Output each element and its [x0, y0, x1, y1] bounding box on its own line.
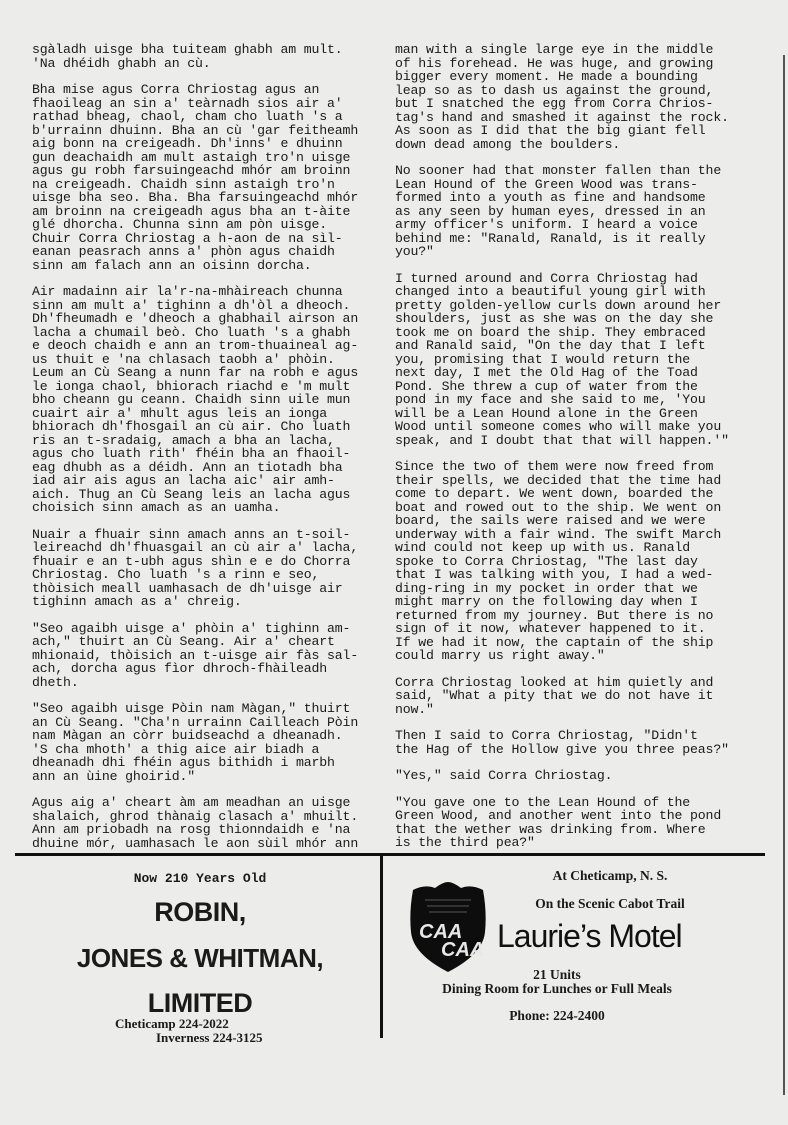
- text-line: 'S cha mhoth' a thig aice air biadh a: [32, 743, 377, 757]
- text-line: gun deachaidh am mult astaigh tro'n uisg…: [32, 151, 377, 165]
- text-line: leireachd dh'fhuasgail an cù air a' lach…: [32, 541, 377, 555]
- text-line: changed into a beautiful young girl with: [395, 285, 745, 299]
- text-line: Agus aig a' cheart àm am meadhan an uisg…: [32, 796, 377, 810]
- text-line: sgàladh uisge bha tuiteam ghabh am mult.: [32, 43, 377, 57]
- text-line: and Ranald said, "On the day that I left: [395, 339, 745, 353]
- paragraph: Agus aig a' cheart àm am meadhan an uisg…: [32, 796, 377, 850]
- text-line: b'urrainn dhuinn. Bha an cù 'gar feithea…: [32, 124, 377, 138]
- text-line: "Yes," said Corra Chriostag.: [395, 769, 745, 783]
- text-line: us thuit e 'na chlasach taobh a' phòin.: [32, 353, 377, 367]
- text-line: sinn am falach ann an oisinn dorcha.: [32, 259, 377, 273]
- text-line: bigger every moment. He made a bounding: [395, 70, 745, 84]
- text-line: formed into a youth as fine and handsome: [395, 191, 745, 205]
- text-line: "Seo agaibh uisge a' phòin a' tighinn am…: [32, 622, 377, 636]
- text-line: leap so as to dash us against the ground…: [395, 84, 745, 98]
- text-line: their spells, we decided that the time h…: [395, 474, 745, 488]
- text-line: I turned around and Corra Chriostag had: [395, 272, 745, 286]
- text-line: tighinn amach as a' chreig.: [32, 595, 377, 609]
- text-line: nam Màgan an còrr buidseachd a dheanadh.: [32, 729, 377, 743]
- text-line: ding-ring in my pocket in order that we: [395, 582, 745, 596]
- text-line: come to depart. We went down, boarded th…: [395, 487, 745, 501]
- phone-cheticamp: Cheticamp 224-2022: [115, 1017, 370, 1031]
- text-line: Since the two of them were now freed fro…: [395, 460, 745, 474]
- paragraph: I turned around and Corra Chriostag hadc…: [395, 272, 745, 448]
- text-line: the Hag of the Hollow give you three pea…: [395, 743, 745, 757]
- text-line: eanan peasrach anns a' phòn agus chaidh: [32, 245, 377, 259]
- text-line: Leum an Cù Seang a nunn far na robh e ag…: [32, 366, 377, 380]
- caa-shield-icon: CAA CAA: [405, 882, 491, 972]
- text-line: Air madainn air la'r-na-mhàireach chunna: [32, 285, 377, 299]
- text-line: board, the sails were raised and we were: [395, 514, 745, 528]
- text-line: thòisich meall uamhasach de dh'uisge air: [32, 582, 377, 596]
- text-line: rathad bheag, chaol, cham cho luath 's a: [32, 110, 377, 124]
- paragraph: Nuair a fhuair sinn amach anns an t-soil…: [32, 528, 377, 609]
- motel-route: On the Scenic Cabot Trail: [500, 896, 720, 912]
- paragraph: "You gave one to the Lean Hound of theGr…: [395, 796, 745, 850]
- text-line: No sooner had that monster fallen than t…: [395, 164, 745, 178]
- text-line: an Cù Seang. "Cha'n urrainn Cailleach Pò…: [32, 716, 377, 730]
- text-line: will be a Lean Hound alone in the Green: [395, 407, 745, 421]
- company-name-line2: JONES & WHITMAN,: [30, 944, 370, 972]
- text-line: dheanadh dhi fhéin agus bithidh i marbh: [32, 756, 377, 770]
- text-line: le ionga chaol, bhiorach riachd e 'm mul…: [32, 380, 377, 394]
- page-edge-shadow: [783, 55, 785, 1095]
- text-line: "You gave one to the Lean Hound of the: [395, 796, 745, 810]
- text-line: agus cho luath rith' fhéin bha an fhaoil…: [32, 447, 377, 461]
- text-line: wind could not keep up with us. Ranald: [395, 541, 745, 555]
- text-line: cuairt air a' mhult agus leis an ionga: [32, 407, 377, 421]
- text-line: Wood until someone comes who will make y…: [395, 420, 745, 434]
- motel-phone: Phone: 224-2400: [382, 1008, 732, 1024]
- text-line: If we had it now, the captain of the shi…: [395, 636, 745, 650]
- text-line: pond in my face and she said to me, 'You: [395, 393, 745, 407]
- text-line: speak, and I doubt that that will happen…: [395, 434, 745, 448]
- text-line: tag's hand and smashed it against the ro…: [395, 111, 745, 125]
- text-line: Chriostag. Cho luath 's a rinn e seo,: [32, 568, 377, 582]
- paragraph: Then I said to Corra Chriostag, "Didn'tt…: [395, 729, 745, 756]
- article-left-column: sgàladh uisge bha tuiteam ghabh am mult.…: [32, 43, 377, 863]
- text-line: but I snatched the egg from Corra Chrios…: [395, 97, 745, 111]
- text-line: ach, dorcha agus fìor dhroch-fhàileadh: [32, 662, 377, 676]
- text-line: aich. Thug an Cù Seang leis an lacha agu…: [32, 488, 377, 502]
- paragraph: man with a single large eye in the middl…: [395, 43, 745, 151]
- paragraph: Corra Chriostag looked at him quietly an…: [395, 676, 745, 717]
- text-line: mhionaid, thòisich an t-uisge air fàs sa…: [32, 649, 377, 663]
- paragraph: Air madainn air la'r-na-mhàireach chunna…: [32, 285, 377, 515]
- text-line: Then I said to Corra Chriostag, "Didn't: [395, 729, 745, 743]
- text-line: bho cheann gu ceann. Chaidh sinn uile mu…: [32, 393, 377, 407]
- article-right-column: man with a single large eye in the middl…: [395, 43, 745, 863]
- text-line: pretty golden-yellow curls down around h…: [395, 299, 745, 313]
- paragraph: Since the two of them were now freed fro…: [395, 460, 745, 663]
- text-line: of his forehead. He was huge, and growin…: [395, 57, 745, 71]
- text-line: next day, I met the Old Hag of the Toad: [395, 366, 745, 380]
- text-line: As soon as I did that the big giant fell: [395, 124, 745, 138]
- text-line: you, promising that I would return the: [395, 353, 745, 367]
- paragraph: "Seo agaibh uisge a' phòin a' tighinn am…: [32, 622, 377, 690]
- phone-inverness: Inverness 224-3125: [156, 1031, 370, 1045]
- text-line: shoulders, just as she was on the day sh…: [395, 312, 745, 326]
- motel-dining: Dining Room for Lunches or Full Meals: [382, 981, 732, 997]
- text-line: dheth.: [32, 676, 377, 690]
- text-line: iad air ais agus an lacha aic' air amh-: [32, 474, 377, 488]
- text-line: boat and rowed out to the ship. We went …: [395, 501, 745, 515]
- text-line: man with a single large eye in the middl…: [395, 43, 745, 57]
- text-line: could marry us right away.": [395, 649, 745, 663]
- text-line: Lean Hound of the Green Wood was trans-: [395, 178, 745, 192]
- robin-jones-whitman-ad: Now 210 Years Old ROBIN, JONES & WHITMAN…: [30, 865, 370, 1045]
- text-line: Bha mise agus Corra Chriostag agus an: [32, 83, 377, 97]
- text-line: underway with a fair wind. The swift Mar…: [395, 528, 745, 542]
- text-line: Chuir Corra Chriostag a h-aon de na sìl-: [32, 232, 377, 246]
- text-line: eag dhubh as a déidh. Ann an tiotadh bha: [32, 461, 377, 475]
- text-line: you?": [395, 245, 745, 259]
- text-line: "Seo agaibh uisge Pòin nam Màgan," thuir…: [32, 702, 377, 716]
- text-line: choisich sinn amach as an uamha.: [32, 501, 377, 515]
- text-line: that the wether was drinking from. Where: [395, 823, 745, 837]
- text-line: sinn am mult a' tighinn a dh'òl a dheoch…: [32, 299, 377, 313]
- text-line: glé dhorcha. Chunna sinn am pòn uisge.: [32, 218, 377, 232]
- text-line: am broinn na creigeadh agus bha an t-àit…: [32, 205, 377, 219]
- text-line: sign of it now, whatever happened to it.: [395, 622, 745, 636]
- text-line: Corra Chriostag looked at him quietly an…: [395, 676, 745, 690]
- text-line: behind me: "Ranald, Ranald, is it really: [395, 232, 745, 246]
- text-line: dhuine mór, uamhasach le aon sùil mhór a…: [32, 837, 377, 851]
- text-line: as any seen by human eyes, dressed in an: [395, 205, 745, 219]
- company-name-line3: LIMITED: [30, 989, 370, 1017]
- text-line: is the third pea?": [395, 836, 745, 850]
- text-line: ach," thuirt an Cù Seang. Air a' cheart: [32, 635, 377, 649]
- company-name-line1: ROBIN,: [30, 898, 370, 926]
- svg-text:CAA: CAA: [441, 939, 484, 961]
- paragraph: "Yes," said Corra Chriostag.: [395, 769, 745, 783]
- text-line: took me on board the ship. They embraced: [395, 326, 745, 340]
- text-line: ris an t-sradaig, amach a bha an lacha,: [32, 434, 377, 448]
- text-line: Dh'fheumadh e 'dheoch a ghabhail airson …: [32, 312, 377, 326]
- text-line: now.": [395, 703, 745, 717]
- text-line: na creigeadh. Chaidh sinn astaigh tro'n: [32, 178, 377, 192]
- text-line: agus gu robh farsuingeachd mhór am broin…: [32, 164, 377, 178]
- text-line: aig bonn na creigeadh. Dh'inns' e dhuinn: [32, 137, 377, 151]
- text-line: returned from my journey. But there is n…: [395, 609, 745, 623]
- text-line: down dead among the boulders.: [395, 138, 745, 152]
- paragraph: sgàladh uisge bha tuiteam ghabh am mult.…: [32, 43, 377, 70]
- paragraph: "Seo agaibh uisge Pòin nam Màgan," thuir…: [32, 702, 377, 783]
- text-line: fhuair e an t-ubh agus shìn e e do Chorr…: [32, 555, 377, 569]
- text-line: ann an ùine ghoirid.": [32, 770, 377, 784]
- ad-section-horizontal-rule: [15, 853, 765, 856]
- text-line: Green Wood, and another went into the po…: [395, 809, 745, 823]
- text-line: Pond. She threw a cup of water from the: [395, 380, 745, 394]
- paragraph: Bha mise agus Corra Chriostag agus anfha…: [32, 83, 377, 272]
- text-line: 'Na dhéidh ghabh an cù.: [32, 57, 377, 71]
- text-line: Nuair a fhuair sinn amach anns an t-soil…: [32, 528, 377, 542]
- paragraph: No sooner had that monster fallen than t…: [395, 164, 745, 259]
- text-line: e deoch chaidh e ann an trom-thuaineal a…: [32, 339, 377, 353]
- text-line: spoke to Corra Chriostag, "The last day: [395, 555, 745, 569]
- text-line: fhaoileag an sin a' teàrnadh sios air a': [32, 97, 377, 111]
- text-line: uisge bha seo. Bha. Bha farsuingeachd mh…: [32, 191, 377, 205]
- text-line: army officer's uniform. I heard a voice: [395, 218, 745, 232]
- ad-tagline: Now 210 Years Old: [30, 871, 370, 886]
- text-line: might marry on the following day when I: [395, 595, 745, 609]
- text-line: that I was talking with you, I had a wed…: [395, 568, 745, 582]
- text-line: said, "What a pity that we do not have i…: [395, 689, 745, 703]
- text-line: bhiorach dh'fhosgail an cù air. Cho luat…: [32, 420, 377, 434]
- motel-name: Laurie’s Motel: [497, 918, 682, 955]
- text-line: Ann am priobadh na rosg thionndaidh e 'n…: [32, 823, 377, 837]
- text-line: shalaich, ghrod thànaig clasach a' mhuil…: [32, 810, 377, 824]
- motel-location: At Cheticamp, N. S.: [500, 868, 720, 884]
- text-line: lacha a chumail beò. Cho luath 's a ghab…: [32, 326, 377, 340]
